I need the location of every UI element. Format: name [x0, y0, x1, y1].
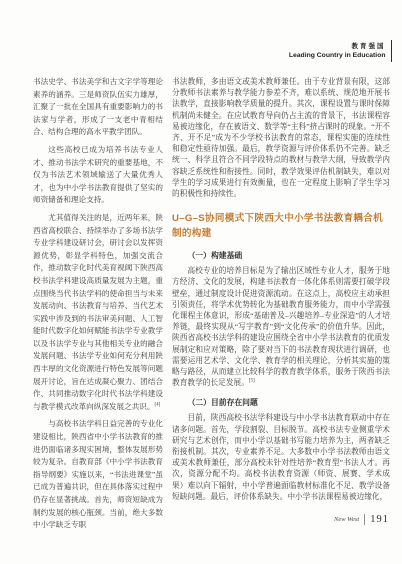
footer-divider: [364, 514, 365, 525]
citation-marker: [4]: [155, 402, 161, 407]
paragraph-text: 书法史学、书法美学和古文字学等理论素养的涵养。三是师资队伍实力雄厚，汇聚了一批在…: [33, 77, 163, 136]
paragraph: 与高校书法学科日益完善的专业化建设相比，陕西省中小学书法教育的推进仍面临诸多现实…: [33, 418, 163, 531]
paragraph: 尤其值得关注的是，近两年来，陕西省高校联合、持续举办了多场书法学专业学科建设研讨…: [33, 212, 163, 414]
header-tag-english: Leading Country in Education: [289, 51, 386, 60]
page-number: 191: [370, 514, 389, 525]
header-section-tag: 教育强国 Leading Country in Education: [289, 40, 392, 62]
subsection-heading-1: （一）构建基础: [172, 250, 390, 261]
paragraph-text: 高校专业的培养目标是为了输出区域性专业人才，服务于地方经济、文化的发展，构建书法…: [172, 266, 390, 387]
journal-name: New West: [334, 516, 359, 523]
magazine-page: 教育强国 Leading Country in Education 书法史学、书…: [0, 0, 402, 564]
paragraph: 这些高校已成为培养书法专业人才、推动书法学术研究的重要基地，不仅为书法艺术领域输…: [33, 144, 163, 207]
paragraph-text: 这些高校已成为培养书法专业人才、推动书法学术研究的重要基地，不仅为书法艺术领域输…: [33, 145, 163, 204]
paragraph: 高校专业的培养目标是为了输出区域性专业人才，服务于地方经济、文化的发展，构建书法…: [172, 265, 390, 388]
paragraph-text: 尤其值得关注的是，近两年来，陕西省高校联合、持续举办了多场书法学专业学科建设研讨…: [33, 213, 163, 411]
paragraph-continuation: 书法教师，多由语文或美术教师兼任。由于专业背景有限，这部分教师书法素养与教学能力…: [172, 76, 390, 199]
header-text-block: 教育强国 Leading Country in Education: [289, 43, 386, 60]
subsection-heading-2: （二）目前存在问题: [172, 397, 390, 408]
header-divider: [391, 40, 393, 62]
paragraph-text: 与高校书法学科日益完善的专业化建设相比，陕西省中小学书法教育的推进仍面临诸多现实…: [33, 419, 163, 529]
section-heading: U–G–S协同模式下陕西大中小学书法教育耦合机制的构建: [172, 211, 390, 241]
citation-marker: [5]: [249, 379, 255, 384]
footer: New West 191: [334, 514, 389, 525]
right-column: 书法教师，多由语文或美术教师兼任。由于专业背景有限，这部分教师书法素养与教学能力…: [172, 76, 390, 537]
header-tag-chinese: 教育强国: [289, 43, 386, 51]
paragraph-text: 书法教师，多由语文或美术教师兼任。由于专业背景有限，这部分教师书法素养与教学能力…: [172, 77, 390, 198]
paragraph-continuation: 书法史学、书法美学和古文字学等理论素养的涵养。三是师资队伍实力雄厚，汇聚了一批在…: [33, 76, 163, 139]
paragraph: 目前，陕西高校书法学科建设与中小学书法教育联动中存在诸多问题。首先，学段割裂、目…: [172, 412, 390, 502]
left-column: 书法史学、书法美学和古文字学等理论素养的涵养。三是师资队伍实力雄厚，汇聚了一批在…: [33, 76, 163, 537]
paragraph-text: 目前，陕西高校书法学科建设与中小学书法教育联动中存在诸多问题。首先，学段割裂、目…: [172, 413, 390, 500]
two-column-layout: 书法史学、书法美学和古文字学等理论素养的涵养。三是师资队伍实力雄厚，汇聚了一批在…: [33, 76, 390, 537]
